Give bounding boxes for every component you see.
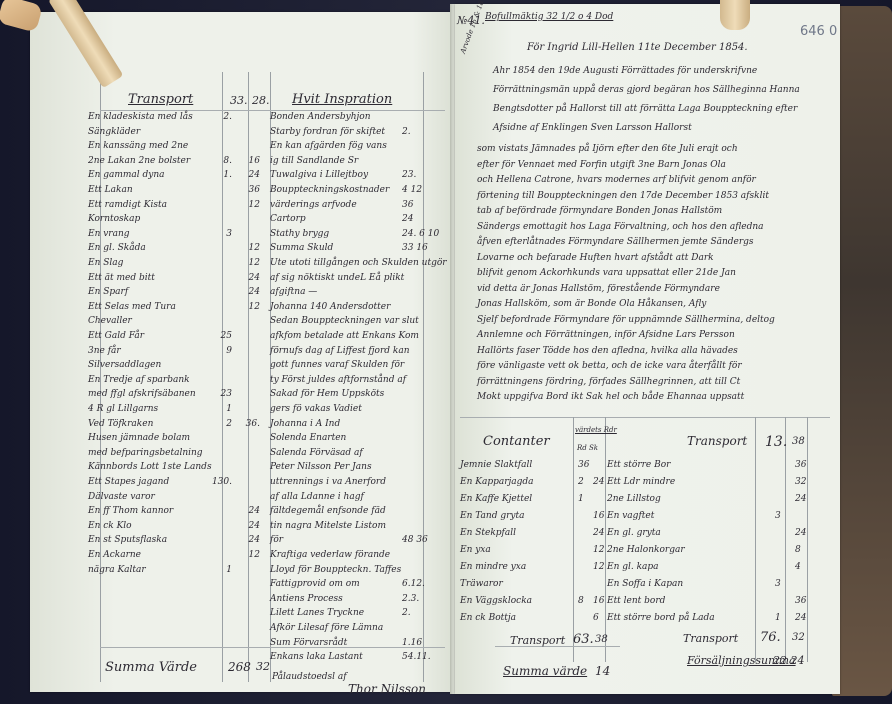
narrative-text: af alla Ldanne i hagf [270, 492, 364, 502]
narrative-amount: 24. 6 10 [402, 229, 439, 239]
inventory-item-rd: 3 [208, 229, 232, 239]
narrative-row: Sum Förvarsrådt1.16 [252, 638, 452, 652]
narrative-amount: 6.12. [402, 579, 425, 589]
inventory-row: En vrang3 [88, 229, 278, 243]
body-line: förrättningens fördring, förfades Sällhe… [477, 377, 740, 387]
narrative-text: uttrennings i va Anerford [270, 477, 386, 487]
margin-side-note: Arvode 16 & 18 Skill [459, 0, 492, 55]
inventory-item-text: En ff Thom kannor [88, 506, 173, 516]
table-item-sk: 12 [593, 545, 604, 555]
table-item-text: En vagftet [607, 511, 654, 521]
narrative-row: af alla Ldanne i hagf [252, 492, 452, 506]
inventory-item-text: En gl. Skåda [88, 243, 146, 253]
table-item-sk: 8 [795, 545, 801, 555]
inventory-row: En kanssäng med 2ne [88, 141, 278, 155]
inventory-item-text: Silversaddlagen [88, 360, 161, 370]
heading-line: För Ingrid Lill-Hellen 11te December 185… [527, 42, 748, 53]
narrative-row: Tuwalgiva i Lillejtboy23. [252, 170, 452, 184]
table-item-text: Träwaror [460, 579, 503, 589]
narrative-text: Starby fordran för skiftet [270, 127, 385, 137]
inventory-row: En Sparf24 [88, 287, 278, 301]
table-item-text: En Kaffe Kjettel [460, 494, 532, 504]
inventory-item-text: Ett ramdigt Kista [88, 200, 167, 210]
inventory-item-rd: 2. [208, 112, 232, 122]
table-transport-sk: 38 [792, 436, 805, 447]
inventory-item-rd: 1. [208, 170, 232, 180]
inventory-item-text: nägra Kaltar [88, 565, 146, 575]
table-item-sk: 12 [593, 562, 604, 572]
inventory-item-text: Husen jämnade bolam [88, 433, 190, 443]
narrative-row: Sedan Bouppteckningen var slut [252, 316, 452, 330]
narrative-text: Summa Skuld [270, 243, 333, 253]
inventory-row: med ffgl afskrifsäbanen23 [88, 389, 278, 403]
inventory-item-rd: 2 [208, 419, 232, 429]
opening-paragraph: Ahr 1854 den 19de Augusti Förrättades fö… [493, 62, 833, 138]
body-line: före vänligaste vett ok betta, och de ic… [477, 361, 742, 371]
table-item-text: Ett större bord på Lada [607, 613, 715, 623]
narrative-text: Cartorp [270, 214, 306, 224]
body-line: förtening till Bouppteckningen den 17de … [477, 191, 769, 201]
inventory-row: Ett Selas med Tura12 [88, 302, 278, 316]
left-transport-rd: 63. [573, 632, 594, 647]
inventory-row: 4 R gl Lillgarns1 [88, 404, 278, 418]
narrative-amount: 4 12 [402, 185, 422, 195]
narrative-amount: 2.3. [402, 594, 419, 604]
narrative-amount: 2. [402, 608, 411, 618]
narrative-text: Salenda Förväsad af [270, 448, 363, 458]
table-item-rd: 36 [578, 460, 589, 470]
narrative-row: uttrennings i va Anerford [252, 477, 452, 491]
table-item-text: Jemnie Slaktfall [460, 460, 532, 470]
table-row: Ett större Bor36 [607, 460, 817, 476]
inventory-item-text: 4 R gl Lillgarns [88, 404, 158, 414]
table-row: En Tand gryta16 [460, 511, 610, 527]
table-row: Ett större bord på Lada124 [607, 613, 817, 629]
inventory-item-text: En Slag [88, 258, 123, 268]
narrative-row: fältdegemål enfsonde fäd [252, 506, 452, 520]
page-number: 646 0 [800, 24, 837, 39]
inventory-item-text: med befparingsbetalning [88, 448, 203, 458]
body-line: efter för Vennaet med Forfin utgift 3ne … [477, 160, 726, 170]
page-holder-clip-right [720, 0, 750, 30]
inventory-item-rd: 1 [208, 404, 232, 414]
table-row: En Kapparjagda224 [460, 477, 610, 493]
summa-varde-value: 14 [595, 664, 610, 678]
inventory-item-text: Chevaller [88, 316, 132, 326]
narrative-row: Bonden Andersbyhjon [252, 112, 452, 126]
table-item-sk: 24 [593, 477, 604, 487]
inventory-item-text: med ffgl afskrifsäbanen [88, 389, 196, 399]
table-item-sk: 24 [795, 494, 806, 504]
inventory-item-text: Ett Lakan [88, 185, 133, 195]
inventory-row: Ved Töfkraken236. [88, 419, 278, 433]
table-row: En Väggsklocka816 [460, 596, 610, 612]
narrative-row: Johanna i A Ind [252, 419, 452, 433]
narrative-amount: 1.16 [402, 638, 422, 648]
body-line: Hallörts faser Tödde hos den afledna, hv… [477, 346, 738, 356]
summa-varde-label: Summa värde [503, 664, 587, 678]
inventory-row: 3ne får9 [88, 346, 278, 360]
narrative-row: Enkans laka Lastant54.11. [252, 652, 452, 666]
table-row: Träwaror [460, 579, 610, 595]
table-row: En ck Bottja6 [460, 613, 610, 629]
table-header-transport: Transport [687, 434, 747, 448]
inventory-row: Korntoskap [88, 214, 278, 228]
right-page: №41. Bofullmäktig 32 1/2 o 4 Dod Arvode … [455, 4, 840, 694]
inventory-row: Silversaddlagen [88, 360, 278, 374]
narrative-amount: 54.11. [402, 652, 431, 662]
inventory-row: Chevaller [88, 316, 278, 330]
narrative-text: Tuwalgiva i Lillejtboy [270, 170, 368, 180]
table-item-sk: 6 [593, 613, 599, 623]
narrative-text: En kan afgärden fög vans [270, 141, 387, 151]
table-header-units: Rd Sk [577, 444, 598, 452]
narrative-row: förnufs dag af Liffest fjord kan [252, 346, 452, 360]
table-transport-rd: 13. [765, 434, 787, 450]
inventory-row: Ett Lakan36 [88, 185, 278, 199]
table-item-text: Ett lent bord [607, 596, 665, 606]
inventory-row: En gammal dyna1.24 [88, 170, 278, 184]
narrative-row: Sakad för Hem Uppsköts [252, 389, 452, 403]
narrative-text: Johanna 140 Andersdotter [270, 302, 390, 312]
table-item-sk: 24 [795, 613, 806, 623]
table-item-text: En ck Bottja [460, 613, 516, 623]
narrative-text: Johanna i A Ind [270, 419, 340, 429]
narrative-row: afgiftna — [252, 287, 452, 301]
table-top-rule [460, 417, 830, 418]
narrative-text: Bouppteckningskostnader [270, 185, 389, 195]
narrative-text: Stathy brygg [270, 229, 329, 239]
column-header-transport: Transport [128, 92, 193, 107]
narrative-list: Bonden AndersbyhjonStarby fordran för sk… [252, 112, 452, 692]
narrative-text: Kraftiga vederlaw förande [270, 550, 390, 560]
table-item-text: Ett Ldr mindre [607, 477, 675, 487]
inventory-item-rd: 9 [208, 346, 232, 356]
narrative-row: Cartorp24 [252, 214, 452, 228]
body-line: Lovarne och befarade Huften hvart afståd… [477, 253, 714, 263]
narrative-text: värderings arfvode [270, 200, 357, 210]
inventory-item-text: 3ne får [88, 346, 121, 356]
inventory-item-text: Ett Gald Får [88, 331, 144, 341]
signed-by-line: Pålaudstoedsl af [272, 672, 347, 682]
narrative-text: Bonden Andersbyhjon [270, 112, 371, 122]
narrative-text: Lloyd för Bouppteckn. Taffes [270, 565, 401, 575]
inventory-item-text: Kännbords Lott 1ste Lands [88, 462, 212, 472]
inventory-row: Dälvaste varor [88, 492, 278, 506]
table-row: En gl. kapa4 [607, 562, 817, 578]
table-item-rd: 1 [775, 613, 781, 623]
inventory-item-text: Dälvaste varor [88, 492, 155, 502]
inventory-row: Husen jämnade bolam [88, 433, 278, 447]
inventory-row: nägra Kaltar1 [88, 565, 278, 579]
table-item-rd: 1 [578, 494, 584, 504]
narrative-text: af sig nöktiskt undeL Eå plikt [270, 273, 404, 283]
inventory-row: Ett Gald Får25 [88, 331, 278, 345]
narrative-row: Antiens Process2.3. [252, 594, 452, 608]
inventory-item-text: Korntoskap [88, 214, 140, 224]
table-item-rd: 3 [775, 579, 781, 589]
body-line: som vistats Jämnades på Ijörn efter den … [477, 144, 738, 154]
sum-value-label: Summa Värde [105, 660, 197, 675]
inventory-item-rd: 8. [208, 156, 232, 166]
right-transport-sk: 32 [792, 632, 805, 643]
inventory-row: En Slag12 [88, 258, 278, 272]
narrative-row: Ute utoti tillgången och Skulden utgör [252, 258, 452, 272]
narrative-row: gott funnes varaf Skulden för [252, 360, 452, 374]
body-line: Jonas Hallsköm, som är Bonde Ola Håkanse… [477, 299, 706, 309]
table-item-text: En Väggsklocka [460, 596, 532, 606]
narrative-text: ty Först juldes aftfornstånd af [270, 375, 406, 385]
table-row: 2ne Lillstog24 [607, 494, 817, 510]
inventory-row: Ett Stapes jagand130. [88, 477, 278, 491]
narrative-text: förnufs dag af Liffest fjord kan [270, 346, 410, 356]
inventory-item-rd: 23 [208, 389, 232, 399]
body-line: Sjelf befordrade Förmyndare för uppnämnd… [477, 315, 775, 325]
narrative-row: Afkör Lilesaf före Lämna [252, 623, 452, 637]
narrative-amount: 48 36 [402, 535, 428, 545]
inventory-item-rd: 25 [208, 331, 232, 341]
narrative-row: afkfom betalade att Enkans Kom [252, 331, 452, 345]
narrative-amount: 36 [402, 200, 413, 210]
table-row: Ett Ldr mindre32 [607, 477, 817, 493]
table-item-sk: 16 [593, 511, 604, 521]
narrative-text: afkfom betalade att Enkans Kom [270, 331, 419, 341]
table-header-contanter: Contanter [483, 434, 550, 449]
inventory-list: En kladeskista med lås2.SängkläderEn kan… [88, 112, 278, 582]
inventory-item-text: En Ackarne [88, 550, 141, 560]
narrative-text: afgiftna — [270, 287, 317, 297]
narrative-row: Solenda Enarten [252, 433, 452, 447]
narrative-row: Fattigprovid om om6.12. [252, 579, 452, 593]
body-line: tab af befördrade förmyndare Bonden Jona… [477, 206, 722, 216]
narrative-text: Sakad för Hem Uppsköts [270, 389, 384, 399]
inventory-row: En gl. Skåda12 [88, 243, 278, 257]
table-item-sk: 4 [795, 562, 801, 572]
table-row: Jemnie Slaktfall36 [460, 460, 610, 476]
table-item-sk: 16 [593, 596, 604, 606]
table-item-text: En gl. kapa [607, 562, 659, 572]
book-cover-edge [832, 6, 892, 696]
body-line: Mokt uppgifva Bord ikt Sak hel och både … [477, 392, 744, 402]
narrative-row: Lloyd för Bouppteckn. Taffes [252, 565, 452, 579]
narrative-row: Salenda Förväsad af [252, 448, 452, 462]
narrative-text: Sum Förvarsrådt [270, 638, 347, 648]
inventory-item-rd: 1 [208, 565, 232, 575]
narrative-row: Lilett Lanes Tryckne2. [252, 608, 452, 622]
table-row: En Soffa i Kapan3 [607, 579, 817, 595]
table-item-text: En gl. gryta [607, 528, 661, 538]
inventory-row: med befparingsbetalning [88, 448, 278, 462]
inventory-row: Ett ät med bitt24 [88, 273, 278, 287]
narrative-row: Peter Nilsson Per Jans [252, 462, 452, 476]
narrative-text: Afkör Lilesaf före Lämna [270, 623, 383, 633]
narrative-amount: 33 16 [402, 243, 428, 253]
narrative-amount: 23. [402, 170, 416, 180]
narrative-text: ig till Sandlande Sr [270, 156, 358, 166]
table-item-text: 2ne Halonkorgar [607, 545, 685, 555]
table-item-sk: 36 [795, 596, 806, 606]
table-row: Ett lent bord36 [607, 596, 817, 612]
table-item-text: 2ne Lillstog [607, 494, 661, 504]
table-item-rd: 8 [578, 596, 584, 606]
ruling-line [100, 110, 445, 111]
table-item-text: En Tand gryta [460, 511, 524, 521]
page-number-suffix: 0 [829, 24, 837, 39]
body-line: Sändergs emottagit hos Laga Förvaltning,… [477, 222, 764, 232]
left-transport-label: Transport [510, 634, 565, 647]
inventory-item-rd: 130. [208, 477, 232, 487]
inventory-row: Sängkläder [88, 127, 278, 141]
inventory-row: En kladeskista med lås2. [88, 112, 278, 126]
narrative-row: värderings arfvode36 [252, 200, 452, 214]
inventory-row: Ett ramdigt Kista12 [88, 200, 278, 214]
body-line: blifvit genom Ackorhkunds vara uppsattat… [477, 268, 736, 278]
inventory-row: En ff Thom kannor24 [88, 506, 278, 520]
table-row: En vagftet3 [607, 511, 817, 527]
body-line: åfven efterlåtnades Förmyndare Sällherme… [477, 237, 754, 247]
narrative-text: för [270, 535, 283, 545]
narrative-text: Enkans laka Lastant [270, 652, 363, 662]
narrative-row: tin nagra Mitelste Listom [252, 521, 452, 535]
table-row: En Stekpfall24 [460, 528, 610, 544]
header-amount-sk: 28. [252, 94, 270, 107]
inventory-row: En st Sputsflaska24 [88, 535, 278, 549]
inventory-item-text: En kanssäng med 2ne [88, 141, 188, 151]
body-line: Annlemne och Förrättningen, inför Afsidn… [477, 330, 735, 340]
table-row: En yxa12 [460, 545, 610, 561]
narrative-row: ty Först juldes aftfornstånd af [252, 375, 452, 389]
right-transport-label: Transport [683, 632, 738, 645]
table-item-sk: 24 [795, 528, 806, 538]
inventory-row: En Ackarne12 [88, 550, 278, 564]
inventory-item-text: Sängkläder [88, 127, 140, 137]
inventory-item-text: En vrang [88, 229, 130, 239]
narrative-amount: 24 [402, 214, 413, 224]
inventory-item-text: En ck Klo [88, 521, 132, 531]
body-line: och Hellena Catrone, hvars modernes arf … [477, 175, 756, 185]
inventory-item-text: En kladeskista med lås [88, 112, 193, 122]
signature: Thor Nilsson [348, 682, 426, 696]
narrative-row: Stathy brygg24. 6 10 [252, 229, 452, 243]
narrative-row: En kan afgärden fög vans [252, 141, 452, 155]
inventory-item-text: Ved Töfkraken [88, 419, 153, 429]
header-amount-rd: 33. [230, 94, 248, 107]
table-item-text: En mindre yxa [460, 562, 526, 572]
narrative-text: Solenda Enarten [270, 433, 346, 443]
narrative-row: Summa Skuld33 16 [252, 243, 452, 257]
inventory-row: 2ne Lakan 2ne bolster8.16 [88, 156, 278, 170]
inventory-item-text: Ett Stapes jagand [88, 477, 169, 487]
narrative-text: gott funnes varaf Skulden för [270, 360, 404, 370]
table-header-value: värdets Rdr [575, 426, 617, 434]
page-number-value: 646 [800, 24, 825, 39]
left-transport-sk: 38 [595, 634, 608, 645]
table-row: 2ne Halonkorgar8 [607, 545, 817, 561]
inventory-item-text: Ett Selas med Tura [88, 302, 176, 312]
narrative-row: ig till Sandlande Sr [252, 156, 452, 170]
narrative-row: af sig nöktiskt undeL Eå plikt [252, 273, 452, 287]
narrative-text: tin nagra Mitelste Listom [270, 521, 386, 531]
inventory-item-text: En Sparf [88, 287, 128, 297]
table-item-text: Ett större Bor [607, 460, 670, 470]
margin-note: Bofullmäktig 32 1/2 o 4 Dod [485, 12, 613, 22]
table-item-sk: 24 [593, 528, 604, 538]
narrative-text: fältdegemål enfsonde fäd [270, 506, 386, 516]
inventory-item-text: En Tredje af sparbank [88, 375, 190, 385]
inventory-row: Kännbords Lott 1ste Lands [88, 462, 278, 476]
inventory-item-text: En st Sputsflaska [88, 535, 167, 545]
narrative-row: Kraftiga vederlaw förande [252, 550, 452, 564]
table-item-sk: 36 [795, 460, 806, 470]
body-line: vid detta är Jonas Hallstöm, förestående… [477, 284, 720, 294]
narrative-row: Bouppteckningskostnader4 12 [252, 185, 452, 199]
narrative-row: gers fö vakas Vadiet [252, 404, 452, 418]
inventory-item-text: Ett ät med bitt [88, 273, 155, 283]
table-row: En Kaffe Kjettel1 [460, 494, 610, 510]
narrative-row: för48 36 [252, 535, 452, 549]
table-item-sk: 32 [795, 477, 806, 487]
narrative-text: Antiens Process [270, 594, 343, 604]
table-row: En mindre yxa12 [460, 562, 610, 578]
inventory-item-text: En gammal dyna [88, 170, 165, 180]
left-page: Transport 33. 28. Hvit Inspration En kla… [30, 12, 455, 692]
inventory-item-text: 2ne Lakan 2ne bolster [88, 156, 190, 166]
table-item-text: En Stekpfall [460, 528, 516, 538]
narrative-text: Sedan Bouppteckningen var slut [270, 316, 419, 326]
column-header-narrative: Hvit Inspration [292, 92, 392, 107]
narrative-text: Ute utoti tillgången och Skulden utgör [270, 258, 447, 268]
sum-value-rd: 268 [228, 660, 251, 674]
table-item-rd: 3 [775, 511, 781, 521]
inventory-row: En Tredje af sparbank [88, 375, 278, 389]
right-transport-rd: 76. [760, 630, 781, 645]
sum-value-sk: 32 [256, 660, 270, 673]
narrative-text: Lilett Lanes Tryckne [270, 608, 364, 618]
table-item-text: En Kapparjagda [460, 477, 534, 487]
table-item-rd: 2 [578, 477, 584, 487]
narrative-text: Fattigprovid om om [270, 579, 360, 589]
narrative-text: gers fö vakas Vadiet [270, 404, 362, 414]
table-item-text: En Soffa i Kapan [607, 579, 683, 589]
inventory-row: En ck Klo24 [88, 521, 278, 535]
table-row: En gl. gryta24 [607, 528, 817, 544]
narrative-amount: 2. [402, 127, 411, 137]
sale-sum-value: 22 24 [773, 654, 805, 667]
narrative-row: Starby fordran för skiftet2. [252, 127, 452, 141]
narrative-text: Peter Nilsson Per Jans [270, 462, 372, 472]
table-item-text: En yxa [460, 545, 491, 555]
narrative-row: Johanna 140 Andersdotter [252, 302, 452, 316]
